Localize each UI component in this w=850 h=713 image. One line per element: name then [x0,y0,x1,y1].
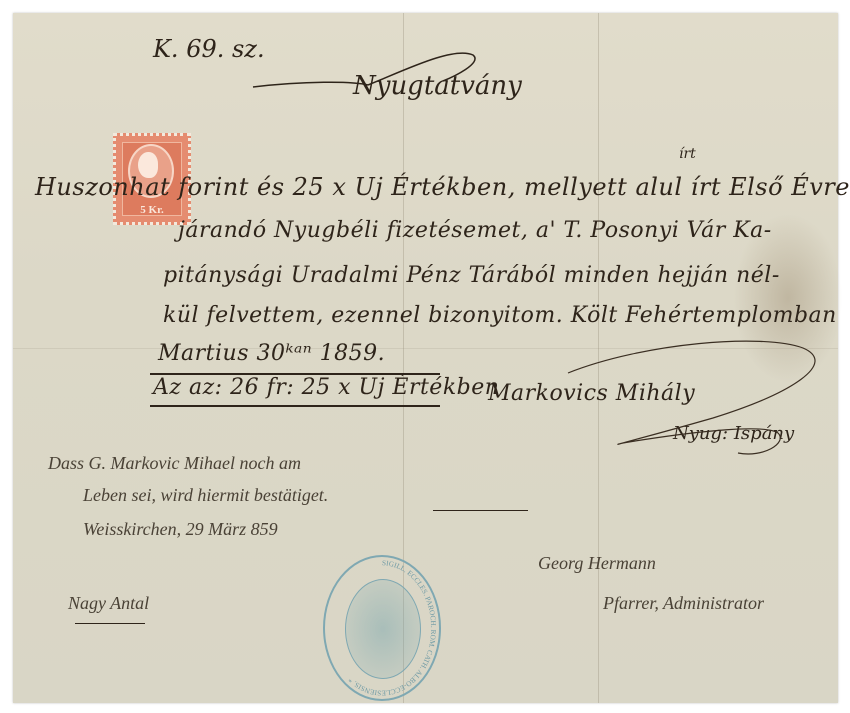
title-flourish [243,41,513,101]
annotation-line-1: Dass G. Markovic Mihael noch am [48,453,301,474]
signature-flourish [563,323,838,473]
pastor-title: Pfarrer, Administrator [603,593,764,614]
body-line-2: járandó Nyugbéli fizetésemet, a' T. Poso… [178,218,772,243]
inserted-word: írt [679,146,696,162]
seal-legend: SIGILL. ECCLES. PAROCH. ROM. CATH. ALBO-… [325,557,439,699]
body-line-1: Huszonhat forint és 25 x Uj Értékben, me… [35,173,850,201]
amount-underline [150,405,440,407]
amount-line: Az az: 26 fr: 25 x Uj Értékben [153,375,499,400]
stamp-value: 5 Kr. [116,204,188,216]
parish-seal: SIGILL. ECCLES. PAROCH. ROM. CATH. ALBO-… [323,555,441,701]
annotation-line-3: Weisskirchen, 29 März 859 [83,519,278,540]
date-line: Martius 30ᵏᵃⁿ 1859. [158,341,385,366]
document-paper: K. 69. sz. Nyugtatvány 5 Kr. Huszonhat f… [13,13,838,703]
pastor-signature: Georg Hermann [538,553,656,574]
witness-signature: Nagy Antal [68,593,149,614]
annotation-line-2: Leben sei, wird hiermit bestätiget. [83,485,328,506]
witness-underline [75,623,145,624]
svg-text:SIGILL. ECCLES. PAROCH. ROM. C: SIGILL. ECCLES. PAROCH. ROM. CATH. ALBO-… [347,559,437,697]
annotation-underline [433,510,528,511]
body-line-3: pitánysági Uradalmi Pénz Tárából minden … [163,263,780,288]
